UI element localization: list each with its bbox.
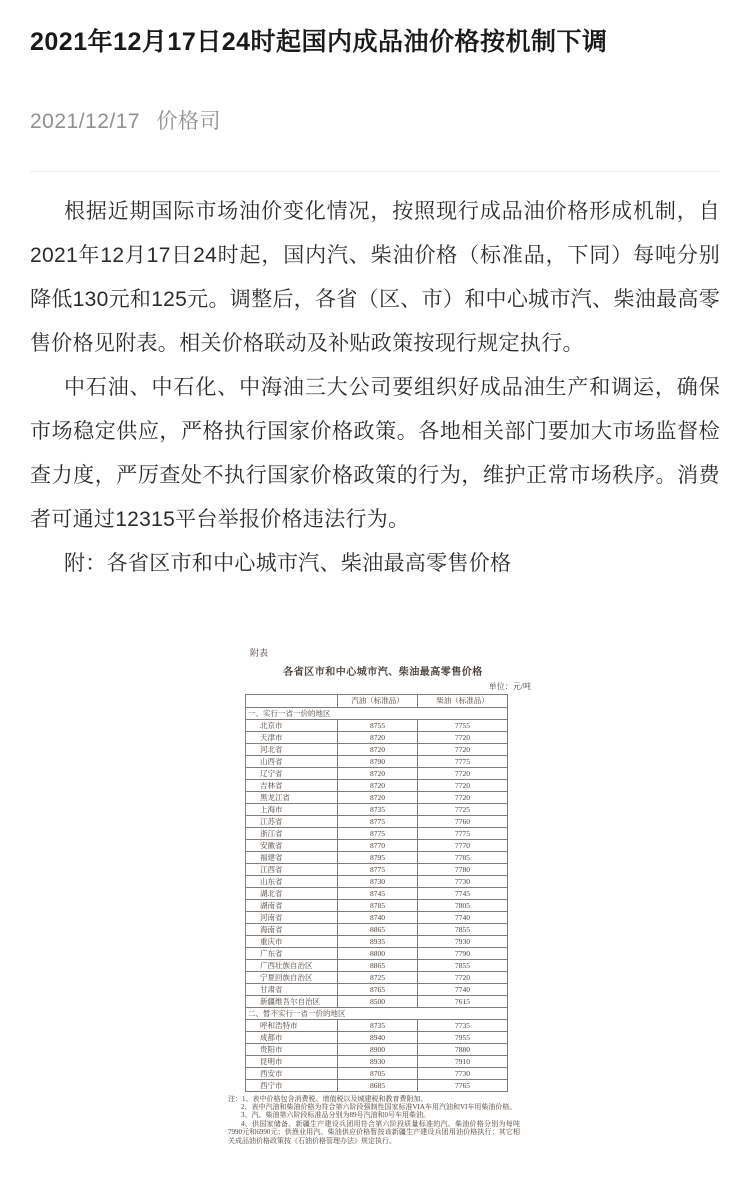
table-row: 新疆维吾尔自治区85007615 [246, 995, 508, 1007]
table-row: 昆明市89307910 [246, 1055, 508, 1067]
article-page: 2021年12月17日24时起国内成品油价格按机制下调 2021/12/17 价… [0, 0, 750, 1204]
region-cell: 重庆市 [246, 935, 338, 947]
gasoline-price-cell: 8740 [338, 911, 418, 923]
diesel-price-cell: 7745 [418, 887, 508, 899]
gasoline-price-cell: 8735 [338, 803, 418, 815]
diesel-price-cell: 7955 [418, 1031, 508, 1043]
gasoline-price-cell: 8720 [338, 743, 418, 755]
table-notes: 注：1、表中价格包含消费税、增值税以及城建税和教育费附加。2、表中汽油和柴油价格… [228, 1095, 520, 1145]
table-row: 甘肃省87657740 [246, 983, 508, 995]
gasoline-price-cell: 8685 [338, 1079, 418, 1091]
gasoline-price-cell: 8730 [338, 875, 418, 887]
paragraph-attachment-ref: 附：各省区市和中心城市汽、柴油最高零售价格 [30, 542, 720, 586]
gasoline-price-cell: 8725 [338, 971, 418, 983]
region-cell: 广西壮族自治区 [246, 959, 338, 971]
table-note: 3、汽、柴油第六阶段标准品分别为89号汽油和0号车用柴油。 [228, 1111, 520, 1119]
table-row: 河北省87207720 [246, 743, 508, 755]
region-cell: 天津市 [246, 731, 338, 743]
attachment-unit-label: 单位：元/吨 [233, 681, 533, 692]
table-header-row: 汽油（标准品） 柴油（标准品） [246, 694, 508, 707]
diesel-price-cell: 7855 [418, 923, 508, 935]
diesel-price-cell: 7720 [418, 743, 508, 755]
table-row: 北京市87557755 [246, 719, 508, 731]
diesel-price-cell: 7720 [418, 971, 508, 983]
table-note: 4、供国家储备、新疆生产建设兵团用符合第六阶段质量标准的汽、柴油价格分别为每吨7… [228, 1120, 520, 1145]
diesel-price-cell: 7755 [418, 719, 508, 731]
diesel-price-cell: 7775 [418, 755, 508, 767]
diesel-price-cell: 7760 [418, 815, 508, 827]
table-row: 山东省87307730 [246, 875, 508, 887]
table-row: 西宁市86857765 [246, 1079, 508, 1091]
table-row: 上海市87357725 [246, 803, 508, 815]
diesel-price-cell: 7790 [418, 947, 508, 959]
diesel-price-cell: 7880 [418, 1043, 508, 1055]
attachment-label: 附表 [250, 646, 533, 659]
table-section-row: 一、实行一省一价的地区 [246, 707, 508, 719]
gasoline-price-cell: 8795 [338, 851, 418, 863]
table-row: 呼和浩特市87357735 [246, 1019, 508, 1031]
region-cell: 安徽省 [246, 839, 338, 851]
gasoline-price-cell: 8865 [338, 959, 418, 971]
gasoline-price-cell: 8930 [338, 1055, 418, 1067]
diesel-column-header: 柴油（标准品） [418, 694, 508, 707]
gasoline-price-cell: 8735 [338, 1019, 418, 1031]
region-cell: 呼和浩特市 [246, 1019, 338, 1031]
diesel-price-cell: 7725 [418, 803, 508, 815]
region-cell: 甘肃省 [246, 983, 338, 995]
table-row: 江西省87757780 [246, 863, 508, 875]
region-cell: 山东省 [246, 875, 338, 887]
gasoline-price-cell: 8900 [338, 1043, 418, 1055]
diesel-price-cell: 7720 [418, 791, 508, 803]
diesel-price-cell: 7730 [418, 1067, 508, 1079]
gasoline-price-cell: 8770 [338, 839, 418, 851]
paragraph-2: 中石油、中石化、中海油三大公司要组织好成品油生产和调运，确保市场稳定供应，严格执… [30, 366, 720, 542]
table-row: 贵阳市89007880 [246, 1043, 508, 1055]
gasoline-price-cell: 8745 [338, 887, 418, 899]
region-cell: 黑龙江省 [246, 791, 338, 803]
paragraph-1: 根据近期国际市场油价变化情况，按照现行成品油价格形成机制，自2021年12月17… [30, 190, 720, 366]
region-cell: 湖南省 [246, 899, 338, 911]
table-row: 西安市87057730 [246, 1067, 508, 1079]
article-source: 价格司 [156, 110, 221, 133]
region-cell: 海南省 [246, 923, 338, 935]
diesel-price-cell: 7855 [418, 959, 508, 971]
table-row: 天津市87207720 [246, 731, 508, 743]
table-row: 湖南省87857805 [246, 899, 508, 911]
gasoline-price-cell: 8775 [338, 815, 418, 827]
diesel-price-cell: 7910 [418, 1055, 508, 1067]
table-row: 河南省87407740 [246, 911, 508, 923]
region-cell: 福建省 [246, 851, 338, 863]
region-cell: 成都市 [246, 1031, 338, 1043]
region-cell: 山西省 [246, 755, 338, 767]
region-cell: 宁夏回族自治区 [246, 971, 338, 983]
table-section-heading: 一、实行一省一价的地区 [246, 707, 508, 719]
gasoline-price-cell: 8775 [338, 827, 418, 839]
diesel-price-cell: 7775 [418, 827, 508, 839]
article-meta: 2021/12/17 价格司 [30, 105, 720, 135]
diesel-price-cell: 7770 [418, 839, 508, 851]
table-row: 辽宁省87207720 [246, 767, 508, 779]
region-cell: 北京市 [246, 719, 338, 731]
article-body: 根据近期国际市场油价变化情况，按照现行成品油价格形成机制，自2021年12月17… [30, 190, 720, 586]
table-row: 重庆市89357930 [246, 935, 508, 947]
region-cell: 江苏省 [246, 815, 338, 827]
table-row: 黑龙江省87207720 [246, 791, 508, 803]
diesel-price-cell: 7765 [418, 1079, 508, 1091]
gasoline-price-cell: 8765 [338, 983, 418, 995]
gasoline-price-cell: 8720 [338, 791, 418, 803]
region-cell: 辽宁省 [246, 767, 338, 779]
article-date: 2021/12/17 [30, 110, 140, 133]
diesel-price-cell: 7615 [418, 995, 508, 1007]
gasoline-price-cell: 8800 [338, 947, 418, 959]
gasoline-price-cell: 8790 [338, 755, 418, 767]
fuel-price-table: 汽油（标准品） 柴油（标准品） 一、实行一省一价的地区北京市87557755天津… [245, 694, 508, 1092]
diesel-price-cell: 7720 [418, 767, 508, 779]
region-cell: 昆明市 [246, 1055, 338, 1067]
table-row: 成都市89407955 [246, 1031, 508, 1043]
diesel-price-cell: 7740 [418, 911, 508, 923]
diesel-price-cell: 7785 [418, 851, 508, 863]
table-row: 广西壮族自治区88657855 [246, 959, 508, 971]
table-row: 吉林省87207720 [246, 779, 508, 791]
table-row: 安徽省87707770 [246, 839, 508, 851]
gasoline-price-cell: 8720 [338, 731, 418, 743]
table-section-heading: 二、暂不实行一省一价的地区 [246, 1007, 508, 1019]
table-row: 湖北省87457745 [246, 887, 508, 899]
region-cell: 广东省 [246, 947, 338, 959]
diesel-price-cell: 7740 [418, 983, 508, 995]
table-row: 海南省88657855 [246, 923, 508, 935]
table-row: 浙江省87757775 [246, 827, 508, 839]
table-row: 广东省88007790 [246, 947, 508, 959]
region-cell: 贵阳市 [246, 1043, 338, 1055]
page-title: 2021年12月17日24时起国内成品油价格按机制下调 [30, 26, 720, 59]
gasoline-price-cell: 8935 [338, 935, 418, 947]
diesel-price-cell: 7930 [418, 935, 508, 947]
gasoline-price-cell: 8775 [338, 863, 418, 875]
diesel-price-cell: 7720 [418, 731, 508, 743]
attachment-table-title: 各省区市和中心城市汽、柴油最高零售价格 [233, 663, 533, 678]
gasoline-column-header: 汽油（标准品） [338, 694, 418, 707]
table-row: 山西省87907775 [246, 755, 508, 767]
table-row: 宁夏回族自治区87257720 [246, 971, 508, 983]
region-cell: 河北省 [246, 743, 338, 755]
diesel-price-cell: 7805 [418, 899, 508, 911]
diesel-price-cell: 7780 [418, 863, 508, 875]
gasoline-price-cell: 8720 [338, 779, 418, 791]
region-cell: 河南省 [246, 911, 338, 923]
table-row: 江苏省87757760 [246, 815, 508, 827]
diesel-price-cell: 7735 [418, 1019, 508, 1031]
region-cell: 吉林省 [246, 779, 338, 791]
table-row: 福建省87957785 [246, 851, 508, 863]
region-cell: 湖北省 [246, 887, 338, 899]
table-note: 注：1、表中价格包含消费税、增值税以及城建税和教育费附加。 [228, 1095, 520, 1103]
gasoline-price-cell: 8940 [338, 1031, 418, 1043]
gasoline-price-cell: 8720 [338, 767, 418, 779]
table-section-row: 二、暂不实行一省一价的地区 [246, 1007, 508, 1019]
gasoline-price-cell: 8865 [338, 923, 418, 935]
region-cell: 新疆维吾尔自治区 [246, 995, 338, 1007]
diesel-price-cell: 7730 [418, 875, 508, 887]
divider [30, 171, 720, 172]
region-cell: 江西省 [246, 863, 338, 875]
gasoline-price-cell: 8755 [338, 719, 418, 731]
gasoline-price-cell: 8705 [338, 1067, 418, 1079]
region-cell: 西安市 [246, 1067, 338, 1079]
region-cell: 上海市 [246, 803, 338, 815]
region-column-header [246, 694, 338, 707]
region-cell: 浙江省 [246, 827, 338, 839]
gasoline-price-cell: 8500 [338, 995, 418, 1007]
gasoline-price-cell: 8785 [338, 899, 418, 911]
region-cell: 西宁市 [246, 1079, 338, 1091]
attachment-price-table-block: 附表 各省区市和中心城市汽、柴油最高零售价格 单位：元/吨 汽油（标准品） 柴油… [233, 646, 533, 1145]
diesel-price-cell: 7720 [418, 779, 508, 791]
